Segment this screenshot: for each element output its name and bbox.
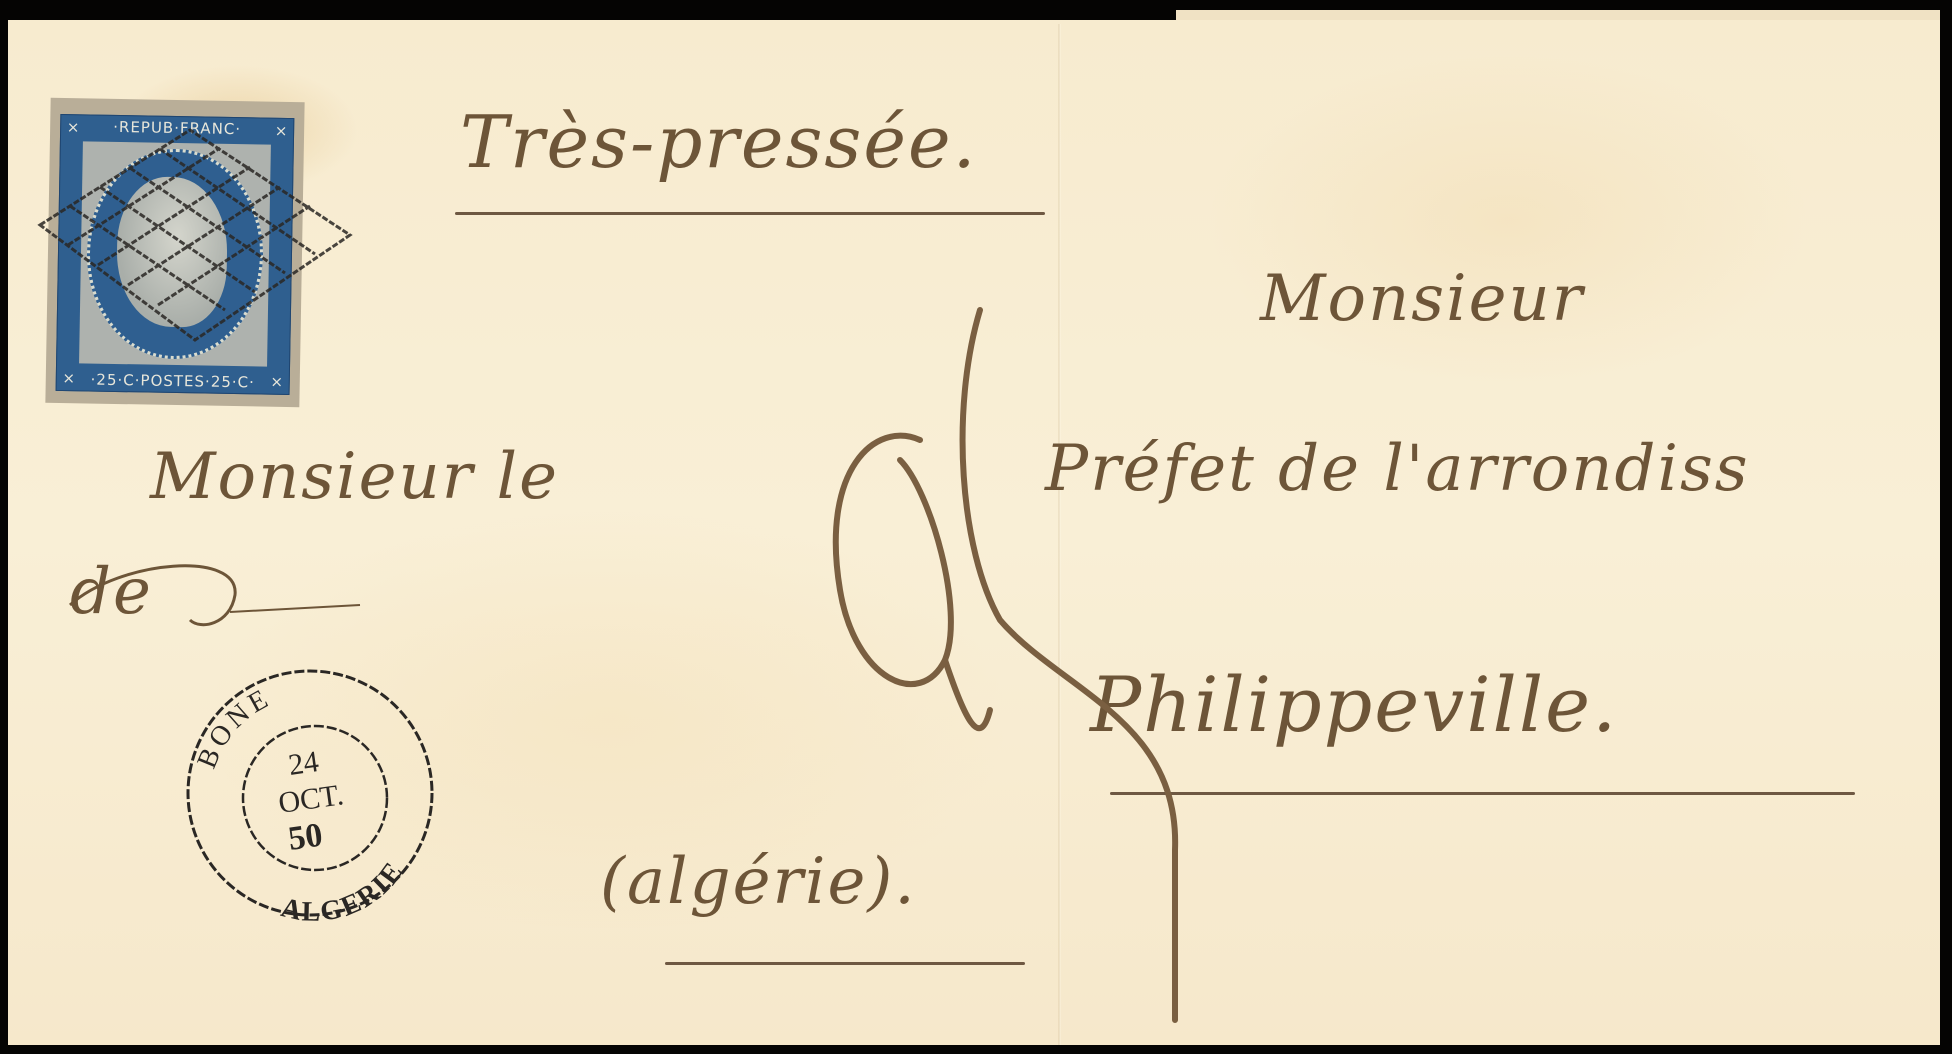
- urgency-underline: [455, 212, 1045, 215]
- address-line-monsieur-le: Monsieur le: [150, 440, 559, 514]
- grid-cancel-icon: [30, 120, 360, 350]
- de-flourish: [60, 550, 380, 650]
- urgency-note: Très-pressée.: [460, 100, 977, 184]
- svg-text:ALGERIE: ALGERIE: [278, 856, 410, 925]
- city-underline: [1110, 792, 1855, 795]
- postmark-day: 24: [286, 745, 320, 782]
- svg-text:25: 25: [780, 290, 782, 291]
- postmark-year: 50: [286, 817, 325, 858]
- address-salutation: Monsieur: [1260, 262, 1584, 336]
- stamp-corner-icon: ×: [267, 372, 287, 392]
- postmark-region: ALGERIE: [278, 856, 410, 925]
- stamp-corner-icon: ×: [59, 368, 79, 388]
- svg-text:BONE: BONE: [191, 682, 276, 773]
- tax-mark-25: 25: [780, 290, 1200, 1030]
- postmark-bone-algerie: BONE ALGERIE 24 OCT. 50: [170, 655, 460, 925]
- postmark-town: BONE: [191, 682, 276, 773]
- postmark-month: OCT.: [276, 778, 345, 820]
- stamp-bottom-text: ·25·C·POSTES·25·C·: [81, 370, 265, 391]
